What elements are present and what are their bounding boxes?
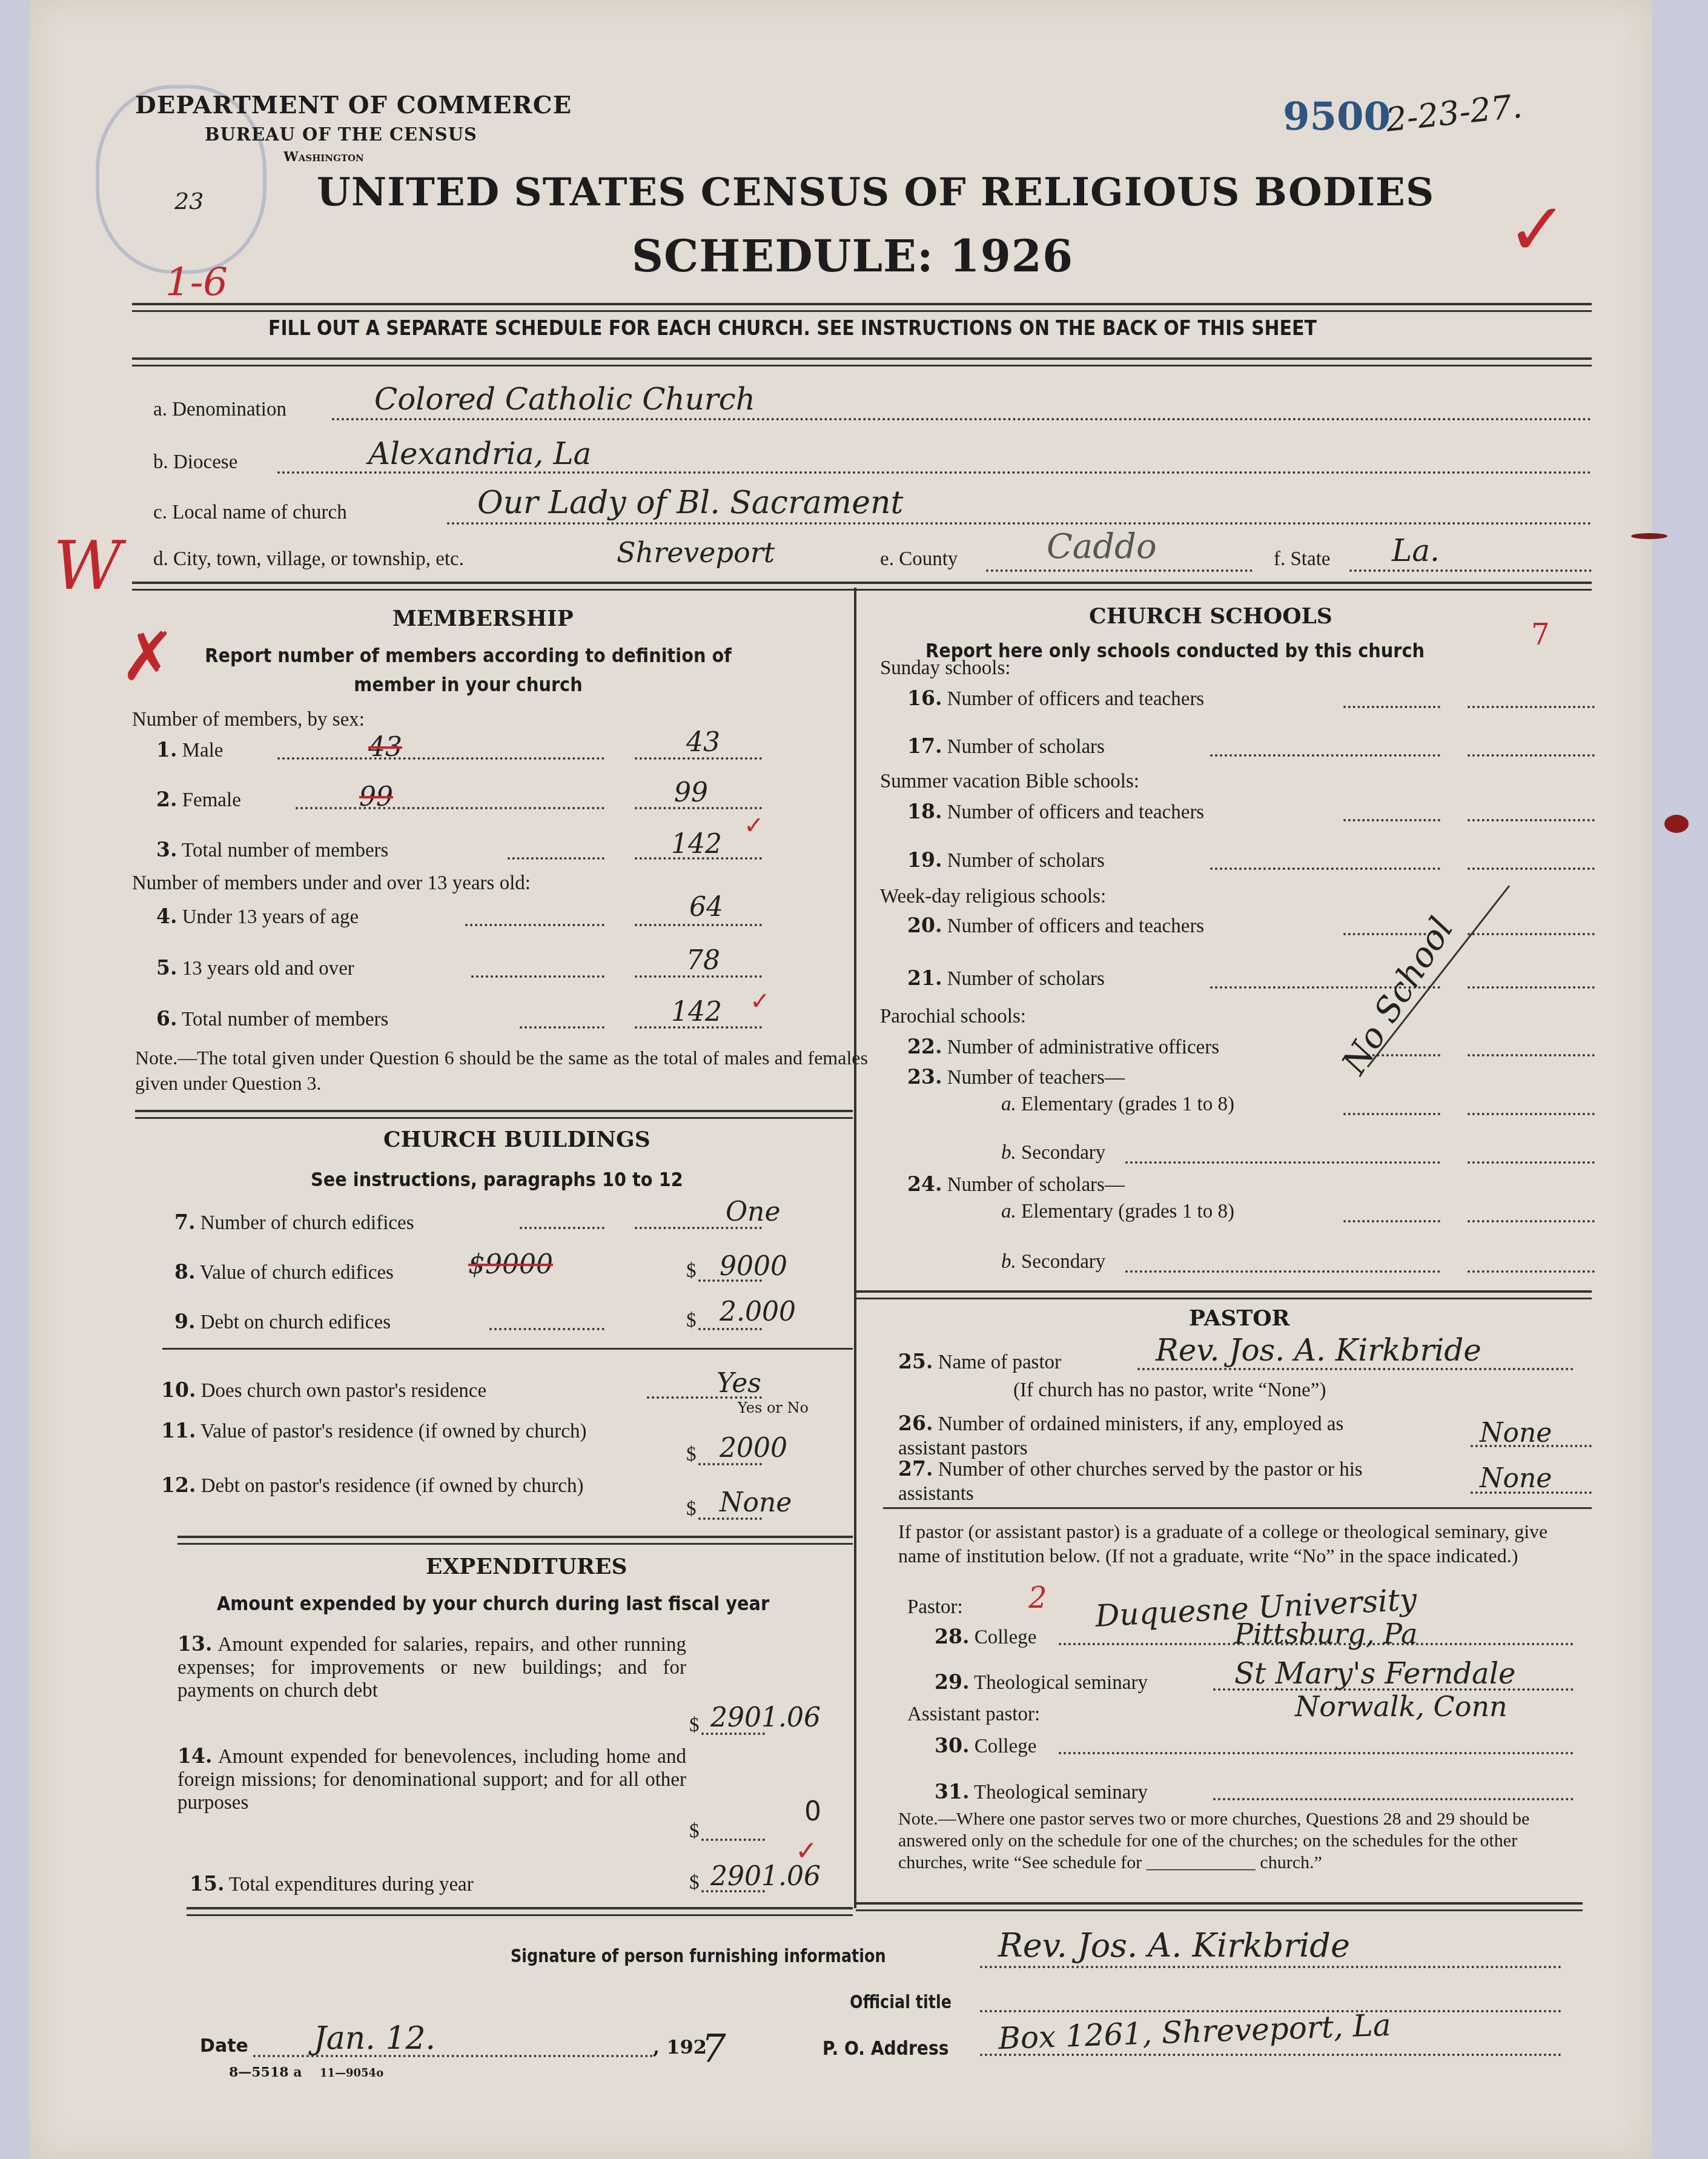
county-value[interactable]: Caddo <box>1047 527 1157 566</box>
dollar-sign: $ <box>686 1310 697 1332</box>
parochial-admin-value[interactable] <box>1468 1054 1595 1056</box>
teachers-elementary-value[interactable] <box>1468 1113 1595 1115</box>
schools-title: CHURCH SCHOOLS <box>1089 603 1332 629</box>
red-margin-x: ✗ <box>120 618 176 695</box>
own-residence-value[interactable]: Yes <box>717 1368 761 1399</box>
red-checkmark: ✓ <box>1507 188 1568 272</box>
yes-no-hint: Yes or No <box>738 1399 809 1416</box>
parochial-teachers-label: 23. Number of teachers— <box>907 1065 1125 1089</box>
header-rule-bottom <box>132 357 1592 366</box>
signature-label: Signature of person furnishing informati… <box>511 1946 886 1967</box>
pastor-note: Note.—Where one pastor serves two or mor… <box>898 1808 1580 1874</box>
sunday-officers-label: 16. Number of officers and teachers <box>907 686 1204 711</box>
parochial-admin-label: 22. Number of administrative officers <box>907 1035 1219 1059</box>
dollar-sign: $ <box>689 1714 700 1737</box>
total-members-value[interactable]: 142 <box>671 829 722 860</box>
scholars-elementary-value[interactable] <box>1468 1220 1595 1222</box>
column-divider <box>854 588 856 1908</box>
college-label: 28. College <box>935 1625 1036 1649</box>
under13-label: 4. Under 13 years of age <box>156 904 359 929</box>
dollar-sign: $ <box>689 1872 700 1894</box>
weekday-scholars-value[interactable] <box>1468 986 1595 989</box>
pastor-red-mark: 2 <box>1028 1581 1047 1615</box>
residence-value-value[interactable]: 2000 <box>720 1433 787 1464</box>
assistant-pastors-value[interactable]: None <box>1480 1418 1552 1448</box>
denomination-value[interactable]: Colored Catholic Church <box>374 382 755 417</box>
edifices-value-value[interactable]: 9000 <box>720 1251 787 1282</box>
sunday-schools-label: Sunday schools: <box>880 657 1010 680</box>
dollar-sign: $ <box>686 1444 697 1466</box>
red-mark-1-6: 1-6 <box>165 260 228 305</box>
diocese-label: b. Diocese <box>153 451 237 474</box>
header-rule-top <box>132 303 1592 312</box>
edifices-debt-value[interactable]: 2.000 <box>720 1296 796 1327</box>
stamp-number: 9500 <box>1283 94 1391 139</box>
denomination-label: a. Denomination <box>153 399 286 421</box>
county-label: e. County <box>880 548 958 571</box>
sunday-officers-value[interactable] <box>1468 706 1595 708</box>
edifices-debt-label: 9. Debt on church edifices <box>174 1310 391 1334</box>
male-value[interactable]: 43 <box>686 727 720 758</box>
department-name: DEPARTMENT OF COMMERCE <box>135 91 572 119</box>
buildings-subtitle: See instructions, paragraphs 10 to 12 <box>311 1168 683 1191</box>
parochial-scholars-label: 24. Number of scholars— <box>907 1172 1125 1196</box>
info-rule <box>132 582 1592 591</box>
asst-college-label: 30. College <box>935 1734 1036 1758</box>
graduate-instructions: If pastor (or assistant pastor) is a gra… <box>898 1519 1592 1568</box>
total-2-check-icon: ✓ <box>750 987 770 1015</box>
summer-scholars-label: 19. Number of scholars <box>907 848 1105 872</box>
college-location-value[interactable]: Pittsburg, Pa <box>1234 1617 1417 1650</box>
date-label: Date <box>200 2035 248 2057</box>
red-wax-spot <box>1664 815 1689 833</box>
total-members-label: 3. Total number of members <box>156 838 388 862</box>
expenditures-subtitle: Amount expended by your church during la… <box>217 1592 769 1615</box>
by-sex-label: Number of members, by sex: <box>132 709 365 731</box>
total-check-icon: ✓ <box>744 812 764 840</box>
local-name-value[interactable]: Our Lady of Bl. Sacrament <box>477 485 903 521</box>
over13-label: 5. 13 years old and over <box>156 956 354 980</box>
edifices-value-label: 8. Value of church edifices <box>174 1260 394 1284</box>
pastor-name-hint: (If church has no pastor, write “None”) <box>1013 1379 1326 1402</box>
benevolences-value[interactable]: 0 <box>804 1796 821 1827</box>
weekday-schools-label: Week-day religious schools: <box>880 886 1106 908</box>
expenditures-title: EXPENDITURES <box>426 1554 627 1579</box>
schedule-title: SCHEDULE: 1926 <box>632 230 1073 282</box>
summer-schools-label: Summer vacation Bible schools: <box>880 771 1139 793</box>
running-expenses-label: 13. Amount expended for salaries, repair… <box>177 1633 686 1702</box>
membership-subtitle-text: Report number of members according to de… <box>205 644 732 696</box>
year-suffix[interactable]: 7 <box>701 2026 726 2071</box>
red-margin-mark: 7 <box>1531 618 1550 652</box>
margin-number: 23 <box>174 188 204 214</box>
total-expenditures-value[interactable]: 2901.06 <box>710 1861 821 1892</box>
dollar-sign: $ <box>686 1260 697 1282</box>
membership-title: MEMBERSHIP <box>392 606 574 631</box>
benevolences-label: 14. Amount expended for benevolences, in… <box>177 1745 686 1814</box>
diocese-value[interactable]: Alexandria, La <box>368 436 591 471</box>
census-schedule-page: DEPARTMENT OF COMMERCE BUREAU OF THE CEN… <box>29 0 1652 2159</box>
seminary-value[interactable]: St Mary's Ferndale <box>1234 1657 1515 1691</box>
pastor-title: PASTOR <box>1189 1305 1289 1331</box>
scholars-secondary-label: b. Secondary <box>1001 1251 1105 1273</box>
instruction-banner: FILL OUT A SEPARATE SCHEDULE FOR EACH CH… <box>268 316 1317 340</box>
summer-officers-value[interactable] <box>1468 819 1595 821</box>
state-label: f. State <box>1274 548 1330 571</box>
pastor-subheading: Pastor: <box>907 1596 963 1619</box>
date-value[interactable]: Jan. 12. <box>314 2020 435 2057</box>
teachers-elementary-label: a. Elementary (grades 1 to 8) <box>1001 1093 1234 1116</box>
parochial-schools-label: Parochial schools: <box>880 1006 1026 1028</box>
asst-seminary-value[interactable] <box>1213 1798 1574 1800</box>
city-value[interactable]: Shreveport <box>617 536 775 569</box>
residence-debt-value[interactable]: None <box>720 1487 792 1518</box>
weekday-officers-value[interactable] <box>1468 933 1595 935</box>
sunday-scholars-label: 17. Number of scholars <box>907 734 1105 758</box>
received-date: 2-23-27. <box>1384 87 1524 139</box>
washington-label: Washington <box>283 149 364 165</box>
seminary-location-value[interactable]: Norwalk, Conn <box>1295 1690 1508 1723</box>
membership-note: Note.—The total given under Question 6 s… <box>135 1045 868 1096</box>
city-label: d. City, town, village, or township, etc… <box>153 548 464 571</box>
summer-officers-label: 18. Number of officers and teachers <box>907 800 1204 824</box>
male-struck-value: 43 <box>368 732 402 763</box>
dollar-sign: $ <box>689 1820 700 1843</box>
red-wax-spot <box>1631 533 1667 539</box>
form-code-1: 8—5518 a <box>229 2064 302 2080</box>
local-name-label: c. Local name of church <box>153 502 347 524</box>
summer-scholars-value[interactable] <box>1468 867 1595 870</box>
teachers-secondary-value[interactable] <box>1468 1161 1595 1164</box>
year-prefix: , 192 <box>653 2035 707 2058</box>
scholars-elementary-label: a. Elementary (grades 1 to 8) <box>1001 1201 1234 1223</box>
female-struck-value: 99 <box>359 781 393 812</box>
asst-seminary-label: 31. Theological seminary <box>935 1780 1148 1804</box>
sunday-scholars-value[interactable] <box>1468 754 1595 757</box>
other-churches-value[interactable]: None <box>1480 1463 1552 1494</box>
scholars-secondary-value[interactable] <box>1468 1270 1595 1273</box>
pastor-name-value[interactable]: Rev. Jos. A. Kirkbride <box>1156 1333 1481 1368</box>
red-margin-w: W <box>53 527 122 605</box>
other-churches-label: 27. Number of other churches served by t… <box>898 1457 1407 1506</box>
weekday-scholars-label: 21. Number of scholars <box>907 966 1105 990</box>
seminary-label: 29. Theological seminary <box>935 1670 1148 1694</box>
bureau-name: BUREAU OF THE CENSUS <box>205 124 477 145</box>
weekday-officers-label: 20. Number of officers and teachers <box>907 914 1204 938</box>
under13-value[interactable]: 64 <box>689 892 723 923</box>
official-title-label: Official title <box>850 1992 952 2013</box>
total-expenditures-label: 15. Total expenditures during year <box>190 1872 474 1896</box>
female-value[interactable]: 99 <box>674 777 708 808</box>
female-label: 2. Female <box>156 788 241 812</box>
over13-value[interactable]: 78 <box>686 945 720 976</box>
assistant-pastor-subheading: Assistant pastor: <box>907 1703 1040 1726</box>
edifices-value-struck: $9000 <box>468 1249 553 1280</box>
running-expenses-value[interactable]: 2901.06 <box>710 1702 821 1733</box>
signature-value[interactable]: Rev. Jos. A. Kirkbride <box>998 1926 1350 1965</box>
by-age-label: Number of members under and over 13 year… <box>132 872 531 895</box>
own-residence-label: 10. Does church own pastor's residence <box>161 1378 486 1402</box>
form-code-2: 11—9054o <box>320 2067 383 2080</box>
dollar-sign: $ <box>686 1498 697 1521</box>
po-address-label: P. O. Address <box>823 2037 948 2060</box>
po-address-value[interactable]: Box 1261, Shreveport, La <box>998 2008 1391 2057</box>
membership-subtitle: Report number of members according to de… <box>180 641 756 699</box>
residence-debt-label: 12. Debt on pastor's residence (if owned… <box>161 1472 682 1499</box>
asst-college-value[interactable] <box>1059 1752 1574 1754</box>
teachers-secondary-label: b. Secondary <box>1001 1142 1105 1164</box>
state-value[interactable]: La. <box>1392 533 1440 568</box>
total-members-2-value[interactable]: 142 <box>671 997 722 1027</box>
assistant-pastors-label: 26. Number of ordained ministers, if any… <box>898 1411 1407 1461</box>
edifices-count-value[interactable]: One <box>726 1196 780 1227</box>
buildings-title: CHURCH BUILDINGS <box>383 1127 650 1152</box>
document-title: UNITED STATES CENSUS OF RELIGIOUS BODIES <box>317 170 1434 215</box>
pastor-name-label: 25. Name of pastor <box>898 1350 1061 1374</box>
residence-value-label: 11. Value of pastor's residence (if owne… <box>161 1418 682 1445</box>
male-label: 1. Male <box>156 738 223 762</box>
edifices-count-label: 7. Number of church edifices <box>174 1210 414 1235</box>
total-members-2-label: 6. Total number of members <box>156 1007 388 1031</box>
